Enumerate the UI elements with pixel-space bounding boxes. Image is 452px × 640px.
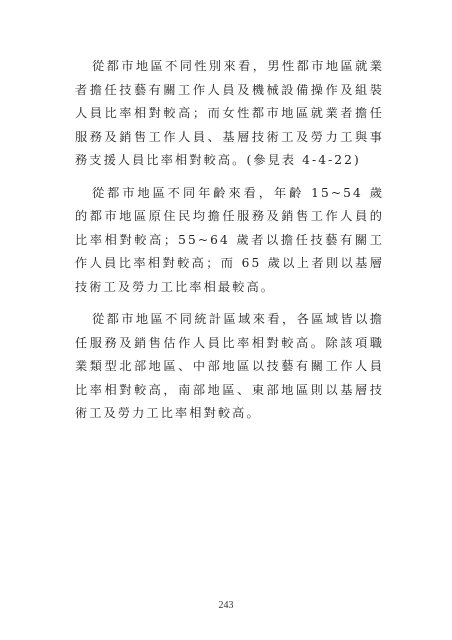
- paragraph-age: 從都市地區不同年齡來看，年齡 15~54 歲的都市地區原住民均擔任服務及銷售工作…: [75, 182, 384, 300]
- page-number: 243: [0, 600, 452, 611]
- body-text: 從都市地區不同性別來看，男性都市地區就業者擔任技藝有關工作人員及機械設備操作及組…: [75, 55, 384, 435]
- document-page: 從都市地區不同性別來看，男性都市地區就業者擔任技藝有關工作人員及機械設備操作及組…: [0, 0, 452, 640]
- paragraph-region: 從都市地區不同統計區域來看，各區域皆以擔任服務及銷售估作人員比率相對較高。除該項…: [75, 308, 384, 426]
- paragraph-gender: 從都市地區不同性別來看，男性都市地區就業者擔任技藝有關工作人員及機械設備操作及組…: [75, 55, 384, 173]
